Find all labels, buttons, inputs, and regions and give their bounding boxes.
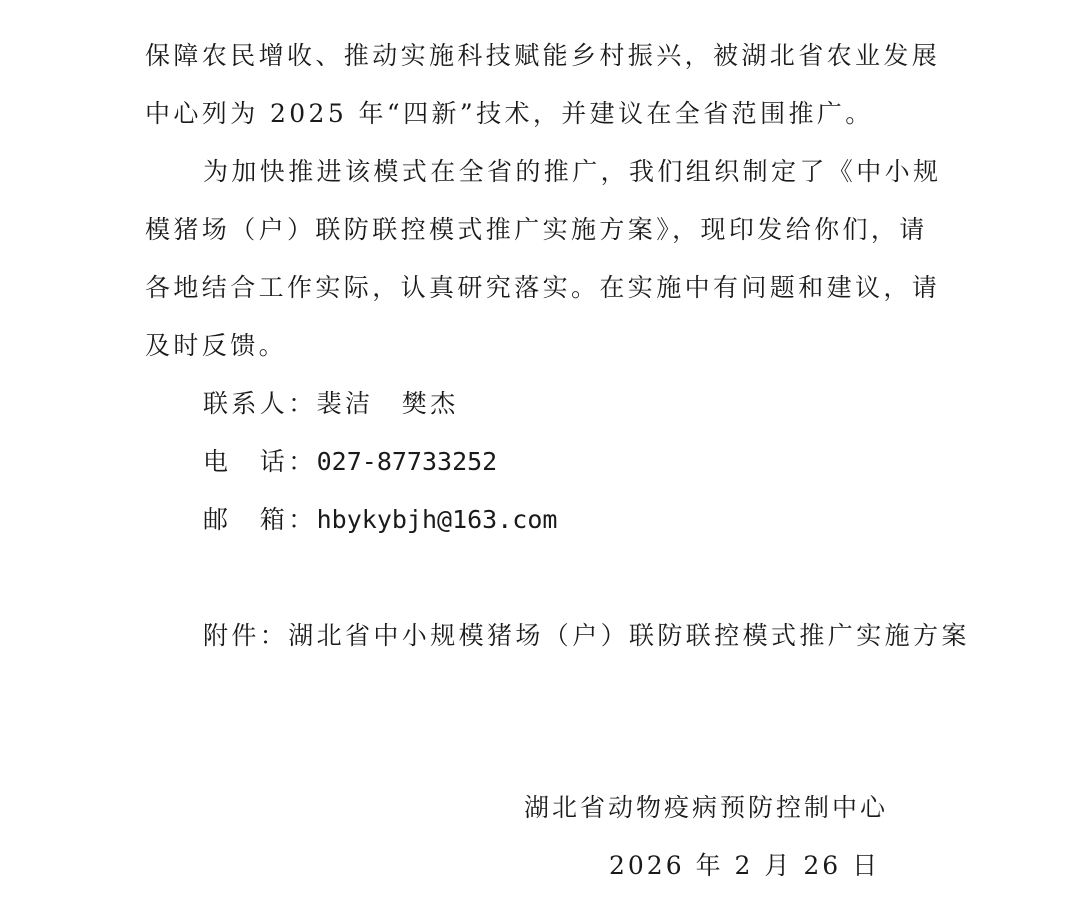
contact-phone: 电 话：027-87733252 bbox=[203, 447, 1003, 477]
signature-organization: 湖北省动物疫病预防控制中心 bbox=[524, 793, 888, 823]
paragraph-2-line-3: 各地结合工作实际，认真研究落实。在实施中有问题和建议，请 bbox=[145, 273, 945, 303]
contact-person-value: 裴洁 樊杰 bbox=[317, 389, 459, 418]
contact-email-label: 邮 箱： bbox=[203, 505, 317, 535]
attachment-title: 湖北省中小规模猪场（户）联防联控模式推广实施方案 bbox=[288, 621, 970, 650]
document-page: 保障农民增收、推动实施科技赋能乡村振兴，被湖北省农业发展 中心列为 2025 年… bbox=[0, 0, 1080, 907]
signature-date: 2026 年 2 月 26 日 bbox=[609, 851, 880, 881]
contact-person-label: 联系人： bbox=[203, 389, 317, 419]
paragraph-2-line-2: 模猪场（户）联防联控模式推广实施方案》，现印发给你们，请 bbox=[145, 215, 945, 245]
contact-email: 邮 箱：hbykybjh@163.com bbox=[203, 505, 1003, 535]
contact-phone-value: 027-87733252 bbox=[317, 447, 498, 476]
attachment-line: 附件：湖北省中小规模猪场（户）联防联控模式推广实施方案 bbox=[203, 621, 1003, 651]
paragraph-1-line-2: 中心列为 2025 年“四新”技术，并建议在全省范围推广。 bbox=[145, 99, 945, 129]
contact-person: 联系人：裴洁 樊杰 bbox=[203, 389, 1003, 419]
contact-phone-label: 电 话： bbox=[203, 447, 317, 477]
paragraph-2-line-1: 为加快推进该模式在全省的推广，我们组织制定了《中小规 bbox=[203, 157, 945, 187]
paragraph-1-line-1: 保障农民增收、推动实施科技赋能乡村振兴，被湖北省农业发展 bbox=[145, 41, 945, 71]
contact-email-value: hbykybjh@163.com bbox=[317, 505, 558, 534]
paragraph-2-line-4: 及时反馈。 bbox=[145, 331, 945, 361]
attachment-label: 附件： bbox=[203, 621, 288, 650]
